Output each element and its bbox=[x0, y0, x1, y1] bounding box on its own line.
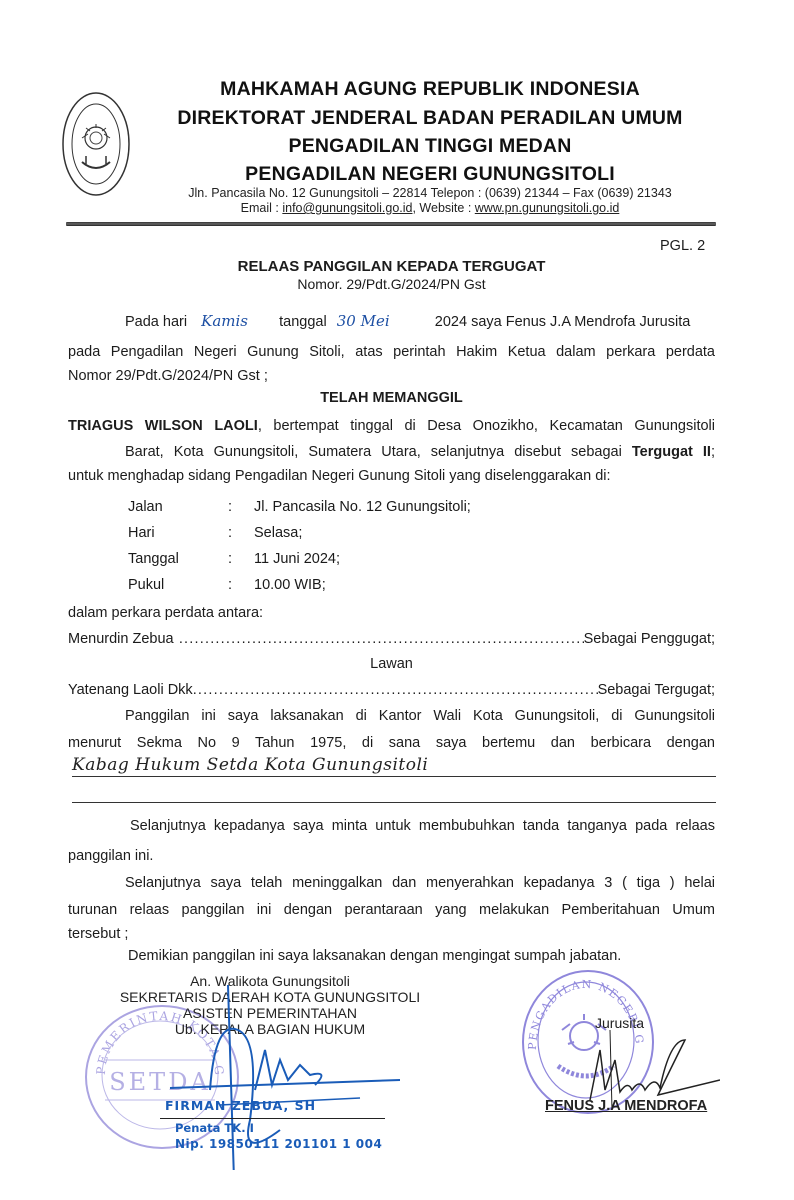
hearing-row-tanggal: Tanggal:11 Juni 2024; bbox=[128, 551, 340, 567]
defendant-name: Yatenang Laoli Dkk bbox=[68, 682, 193, 698]
party-line-1: TRIAGUS WILSON LAOLI, bertempat tinggal … bbox=[68, 418, 715, 434]
opening-line-2: pada Pengadilan Negeri Gunung Sitoli, at… bbox=[68, 344, 715, 360]
closing-p2-line-1: Selanjutnya saya telah meninggalkan dan … bbox=[125, 875, 715, 891]
opening-text-b: tanggal bbox=[279, 314, 327, 330]
letterhead-line-2: DIREKTORAT JENDERAL BADAN PERADILAN UMUM bbox=[130, 107, 730, 130]
defendant-row: Yatenang Laoli Dkk .....................… bbox=[68, 682, 715, 698]
delivery-line-1: Panggilan ini saya laksanakan di Kantor … bbox=[125, 708, 715, 724]
letterhead-line-4: PENGADILAN NEGERI GUNUNGSITOLI bbox=[130, 163, 730, 186]
handwritten-rank: Penata TK. I bbox=[175, 1121, 254, 1135]
plaintiff-row: Menurdin Zebua .........................… bbox=[68, 631, 715, 647]
hearing-row-pukul: Pukul:10.00 WIB; bbox=[128, 577, 326, 593]
punct: ; bbox=[711, 444, 715, 460]
party-address-b: Barat, Kota Gunungsitoli, Sumatera Utara… bbox=[125, 444, 632, 460]
hearing-row-hari: Hari:Selasa; bbox=[128, 525, 302, 541]
versus-label: Lawan bbox=[68, 656, 715, 672]
plaintiff-name: Menurdin Zebua bbox=[68, 631, 174, 647]
letterhead-contact: Email : info@gunungsitoli.go.id, Website… bbox=[150, 201, 710, 215]
email-label: Email : bbox=[241, 201, 283, 215]
closing-p2-line-3: tersebut ; bbox=[68, 926, 128, 942]
case-intro: dalam perkara perdata antara: bbox=[68, 605, 263, 621]
handwritten-signer-name: FIRMAN ZEBUA, SH bbox=[165, 1098, 316, 1113]
hearing-row-jalan: Jalan:Jl. Pancasila No. 12 Gunungsitoli; bbox=[128, 499, 471, 515]
letterhead-line-3: PENGADILAN TINGGI MEDAN bbox=[130, 135, 730, 158]
signature-right-scribble bbox=[570, 1020, 720, 1110]
colon: : bbox=[228, 551, 254, 567]
colon: : bbox=[228, 525, 254, 541]
hearing-label: Hari bbox=[128, 525, 228, 541]
handwritten-day: Kamis bbox=[201, 312, 261, 330]
document-title: RELAAS PANGGILAN KEPADA TERGUGAT bbox=[68, 258, 715, 275]
closing-p1-line-1: Selanjutnya kepadanya saya minta untuk m… bbox=[130, 818, 715, 834]
delivery-line-2: menurut Sekma No 9 Tahun 1975, di sana s… bbox=[68, 735, 715, 751]
closing-p1-line-2: panggilan ini. bbox=[68, 848, 153, 864]
party-address-a: , bertempat tinggal di Desa Onozikho, Ke… bbox=[258, 418, 715, 434]
opening-line-3: Nomor 29/Pdt.G/2024/PN Gst ; bbox=[68, 368, 268, 384]
handwritten-date: 30 Mei bbox=[337, 312, 413, 330]
closing-p2-line-2: turunan relaas panggilan ini dengan pera… bbox=[68, 902, 715, 918]
opening-text-a: Pada hari bbox=[125, 314, 187, 330]
letterhead-line-1: MAHKAMAH AGUNG REPUBLIK INDONESIA bbox=[130, 78, 730, 101]
closing-p3: Demikian panggilan ini saya laksanakan d… bbox=[128, 948, 621, 964]
colon: : bbox=[228, 577, 254, 593]
party-role: Tergugat II bbox=[632, 444, 711, 460]
opening-text-c: 2024 saya Fenus J.A Mendrofa Jurusita bbox=[435, 314, 691, 330]
hearing-value: 10.00 WIB; bbox=[254, 577, 326, 593]
signer-underline bbox=[160, 1118, 385, 1119]
defendant-role: Sebagai Tergugat; bbox=[598, 682, 715, 698]
handwritten-nip: Nip. 19850111 201101 1 004 bbox=[175, 1137, 382, 1151]
hearing-value: 11 Juni 2024; bbox=[254, 551, 340, 567]
document-number: Nomor. 29/Pdt.G/2024/PN Gst bbox=[68, 276, 715, 292]
email-link[interactable]: info@gunungsitoli.go.id bbox=[282, 201, 412, 215]
hearing-value: Jl. Pancasila No. 12 Gunungsitoli; bbox=[254, 499, 471, 515]
plaintiff-role: Sebagai Penggugat; bbox=[584, 631, 715, 647]
fill-line-2 bbox=[72, 802, 716, 803]
website-label: , Website : bbox=[412, 201, 474, 215]
colon: : bbox=[228, 499, 254, 515]
court-emblem-icon bbox=[60, 90, 132, 198]
opening-line-1: Pada hari Kamis tanggal 30 Mei 2024 saya… bbox=[125, 312, 690, 330]
party-line-2: Barat, Kota Gunungsitoli, Sumatera Utara… bbox=[125, 444, 715, 460]
hearing-value: Selasa; bbox=[254, 525, 302, 541]
handwritten-met-person: Kabag Hukum Setda Kota Gunungsitoli bbox=[72, 755, 428, 775]
letterhead-divider bbox=[66, 222, 716, 226]
sig-right-name: FENUS J.A MENDROFA bbox=[545, 1098, 707, 1114]
website-link[interactable]: www.pn.gunungsitoli.go.id bbox=[475, 201, 620, 215]
letterhead-address: Jln. Pancasila No. 12 Gunungsitoli – 228… bbox=[150, 186, 710, 200]
leader-dots: ........................................… bbox=[174, 631, 584, 647]
summoned-heading: TELAH MEMANGGIL bbox=[68, 390, 715, 406]
leader-dots: ........................................… bbox=[193, 682, 598, 698]
party-name: TRIAGUS WILSON LAOLI bbox=[68, 418, 258, 434]
doc-code: PGL. 2 bbox=[660, 238, 705, 254]
party-line-3: untuk menghadap sidang Pengadilan Negeri… bbox=[68, 468, 611, 484]
hearing-label: Pukul bbox=[128, 577, 228, 593]
fill-line-1 bbox=[72, 776, 716, 777]
hearing-label: Jalan bbox=[128, 499, 228, 515]
hearing-label: Tanggal bbox=[128, 551, 228, 567]
